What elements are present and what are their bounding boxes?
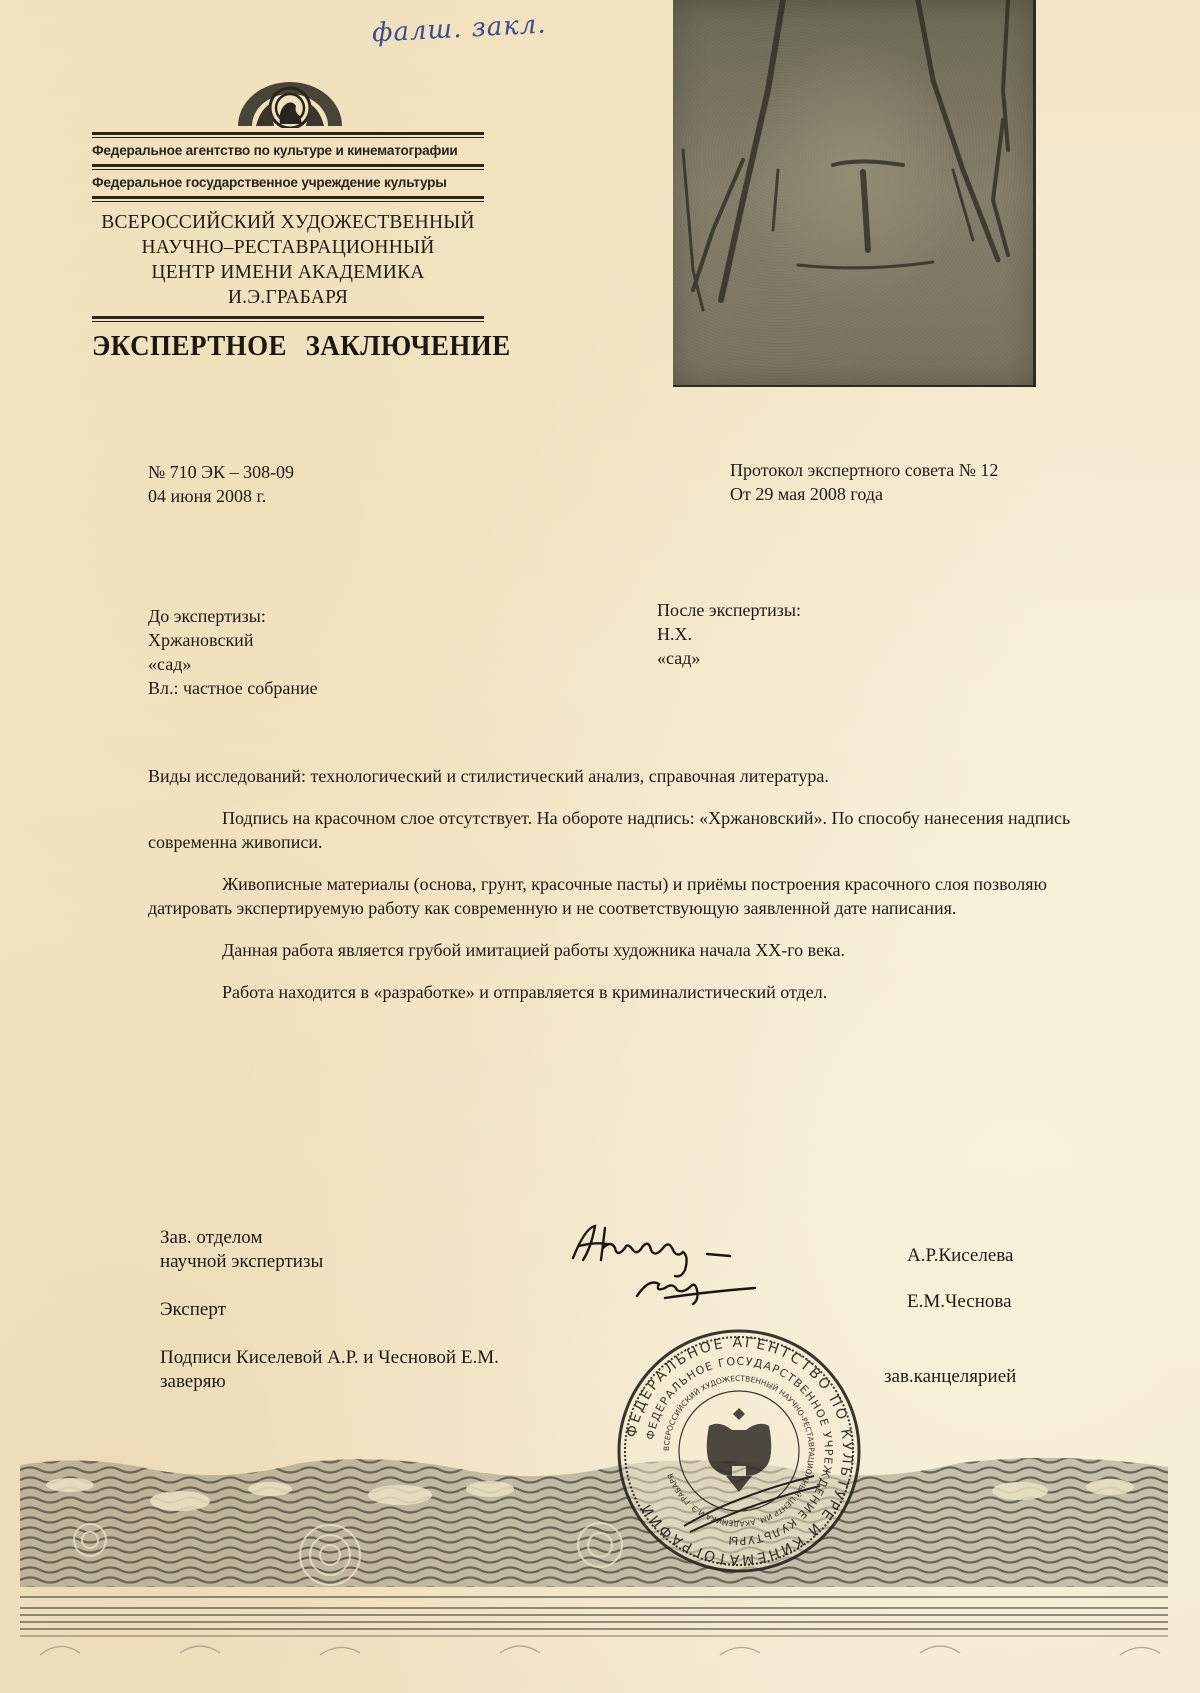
materials-finding: Живописные материалы (основа, грунт, кра… [148,872,1078,920]
office-head-label: зав.канцелярией [884,1366,1016,1388]
institution-logo-icon [234,80,346,128]
head-of-department-label: Зав. отделом научной экспертизы [160,1226,323,1274]
before-title: «сад» [148,652,318,676]
research-types: Виды исследований: технологический и сти… [148,764,1078,788]
head-label-line-2: научной экспертизы [160,1250,323,1274]
divider [92,164,484,170]
head-label-line-1: Зав. отделом [160,1226,323,1250]
certification-label: Подписи Киселевой А.Р. и Чесновой Е.М. з… [160,1346,499,1394]
protocol-number: Протокол экспертного совета № 12 [730,458,998,482]
after-heading: После экспертизы: [657,598,801,622]
before-artist: Хржановский [148,628,318,652]
artwork-photo [673,0,1036,387]
after-artist: Н.Х. [657,622,801,646]
decorative-border-ornament-icon [20,1455,1168,1660]
conclusion-reference: № 710 ЭК – 308-09 04 июня 2008 г. [148,460,294,508]
before-expertise: До экспертизы: Хржановский «сад» Вл.: ча… [148,604,318,700]
garden-painting-icon [673,0,1033,385]
handwritten-signatures-icon [565,1218,815,1308]
protocol-date: От 29 мая 2008 года [730,482,998,506]
head-name: А.Р.Киселева [907,1245,1013,1267]
document-title: ЭКСПЕРТНОЕЗАКЛЮЧЕНИЕ [92,330,457,363]
org-line: И.Э.ГРАБАРЯ [92,285,484,310]
before-owner: Вл.: частное собрание [148,676,318,700]
verdict: Данная работа является грубой имитацией … [148,938,1078,962]
before-heading: До экспертизы: [148,604,318,628]
document-title-word-1: ЭКСПЕРТНОЕ [92,330,287,362]
document-title-word-2: ЗАКЛЮЧЕНИЕ [306,330,511,362]
expert-name: Е.М.Чеснова [907,1291,1012,1313]
divider [92,316,484,322]
conclusion-date: 04 июня 2008 г. [148,484,294,508]
protocol-reference: Протокол экспертного совета № 12 От 29 м… [730,458,998,506]
certify-line-1: Подписи Киселевой А.Р. и Чесновой Е.М. [160,1346,499,1370]
after-expertise: После экспертизы: Н.Х. «сад» [657,598,801,670]
org-line: НАУЧНО–РЕСТАВРАЦИОННЫЙ [92,235,484,260]
official-stamp-icon: ФЕДЕРАЛЬНОЕ АГЕНТСТВО ПО КУЛЬТУРЕ И КИНЕ… [614,1326,864,1576]
case-status: Работа находится в «разработке» и отправ… [148,980,1078,1004]
divider [92,132,484,138]
letterhead: Федеральное агентство по культуре и кине… [92,80,484,363]
expert-label: Эксперт [160,1298,226,1322]
organization-name: ВСЕРОССИЙСКИЙ ХУДОЖЕСТВЕННЫЙ НАУЧНО–РЕСТ… [92,210,484,310]
signature-finding: Подпись на красочном слое отсутствует. Н… [148,806,1078,854]
agency-name: Федеральное агентство по культуре и кине… [92,143,484,158]
handwritten-note: фалш. закл. [371,9,547,48]
institution-type: Федеральное государственное учреждение к… [92,175,484,190]
conclusion-number: № 710 ЭК – 308-09 [148,460,294,484]
after-title: «сад» [657,646,801,670]
org-line: ВСЕРОССИЙСКИЙ ХУДОЖЕСТВЕННЫЙ [92,210,484,235]
org-line: ЦЕНТР ИМЕНИ АКАДЕМИКА [92,260,484,285]
certify-line-2: заверяю [160,1370,499,1394]
divider [92,196,484,202]
conclusion-body: Виды исследований: технологический и сти… [148,764,1078,1004]
